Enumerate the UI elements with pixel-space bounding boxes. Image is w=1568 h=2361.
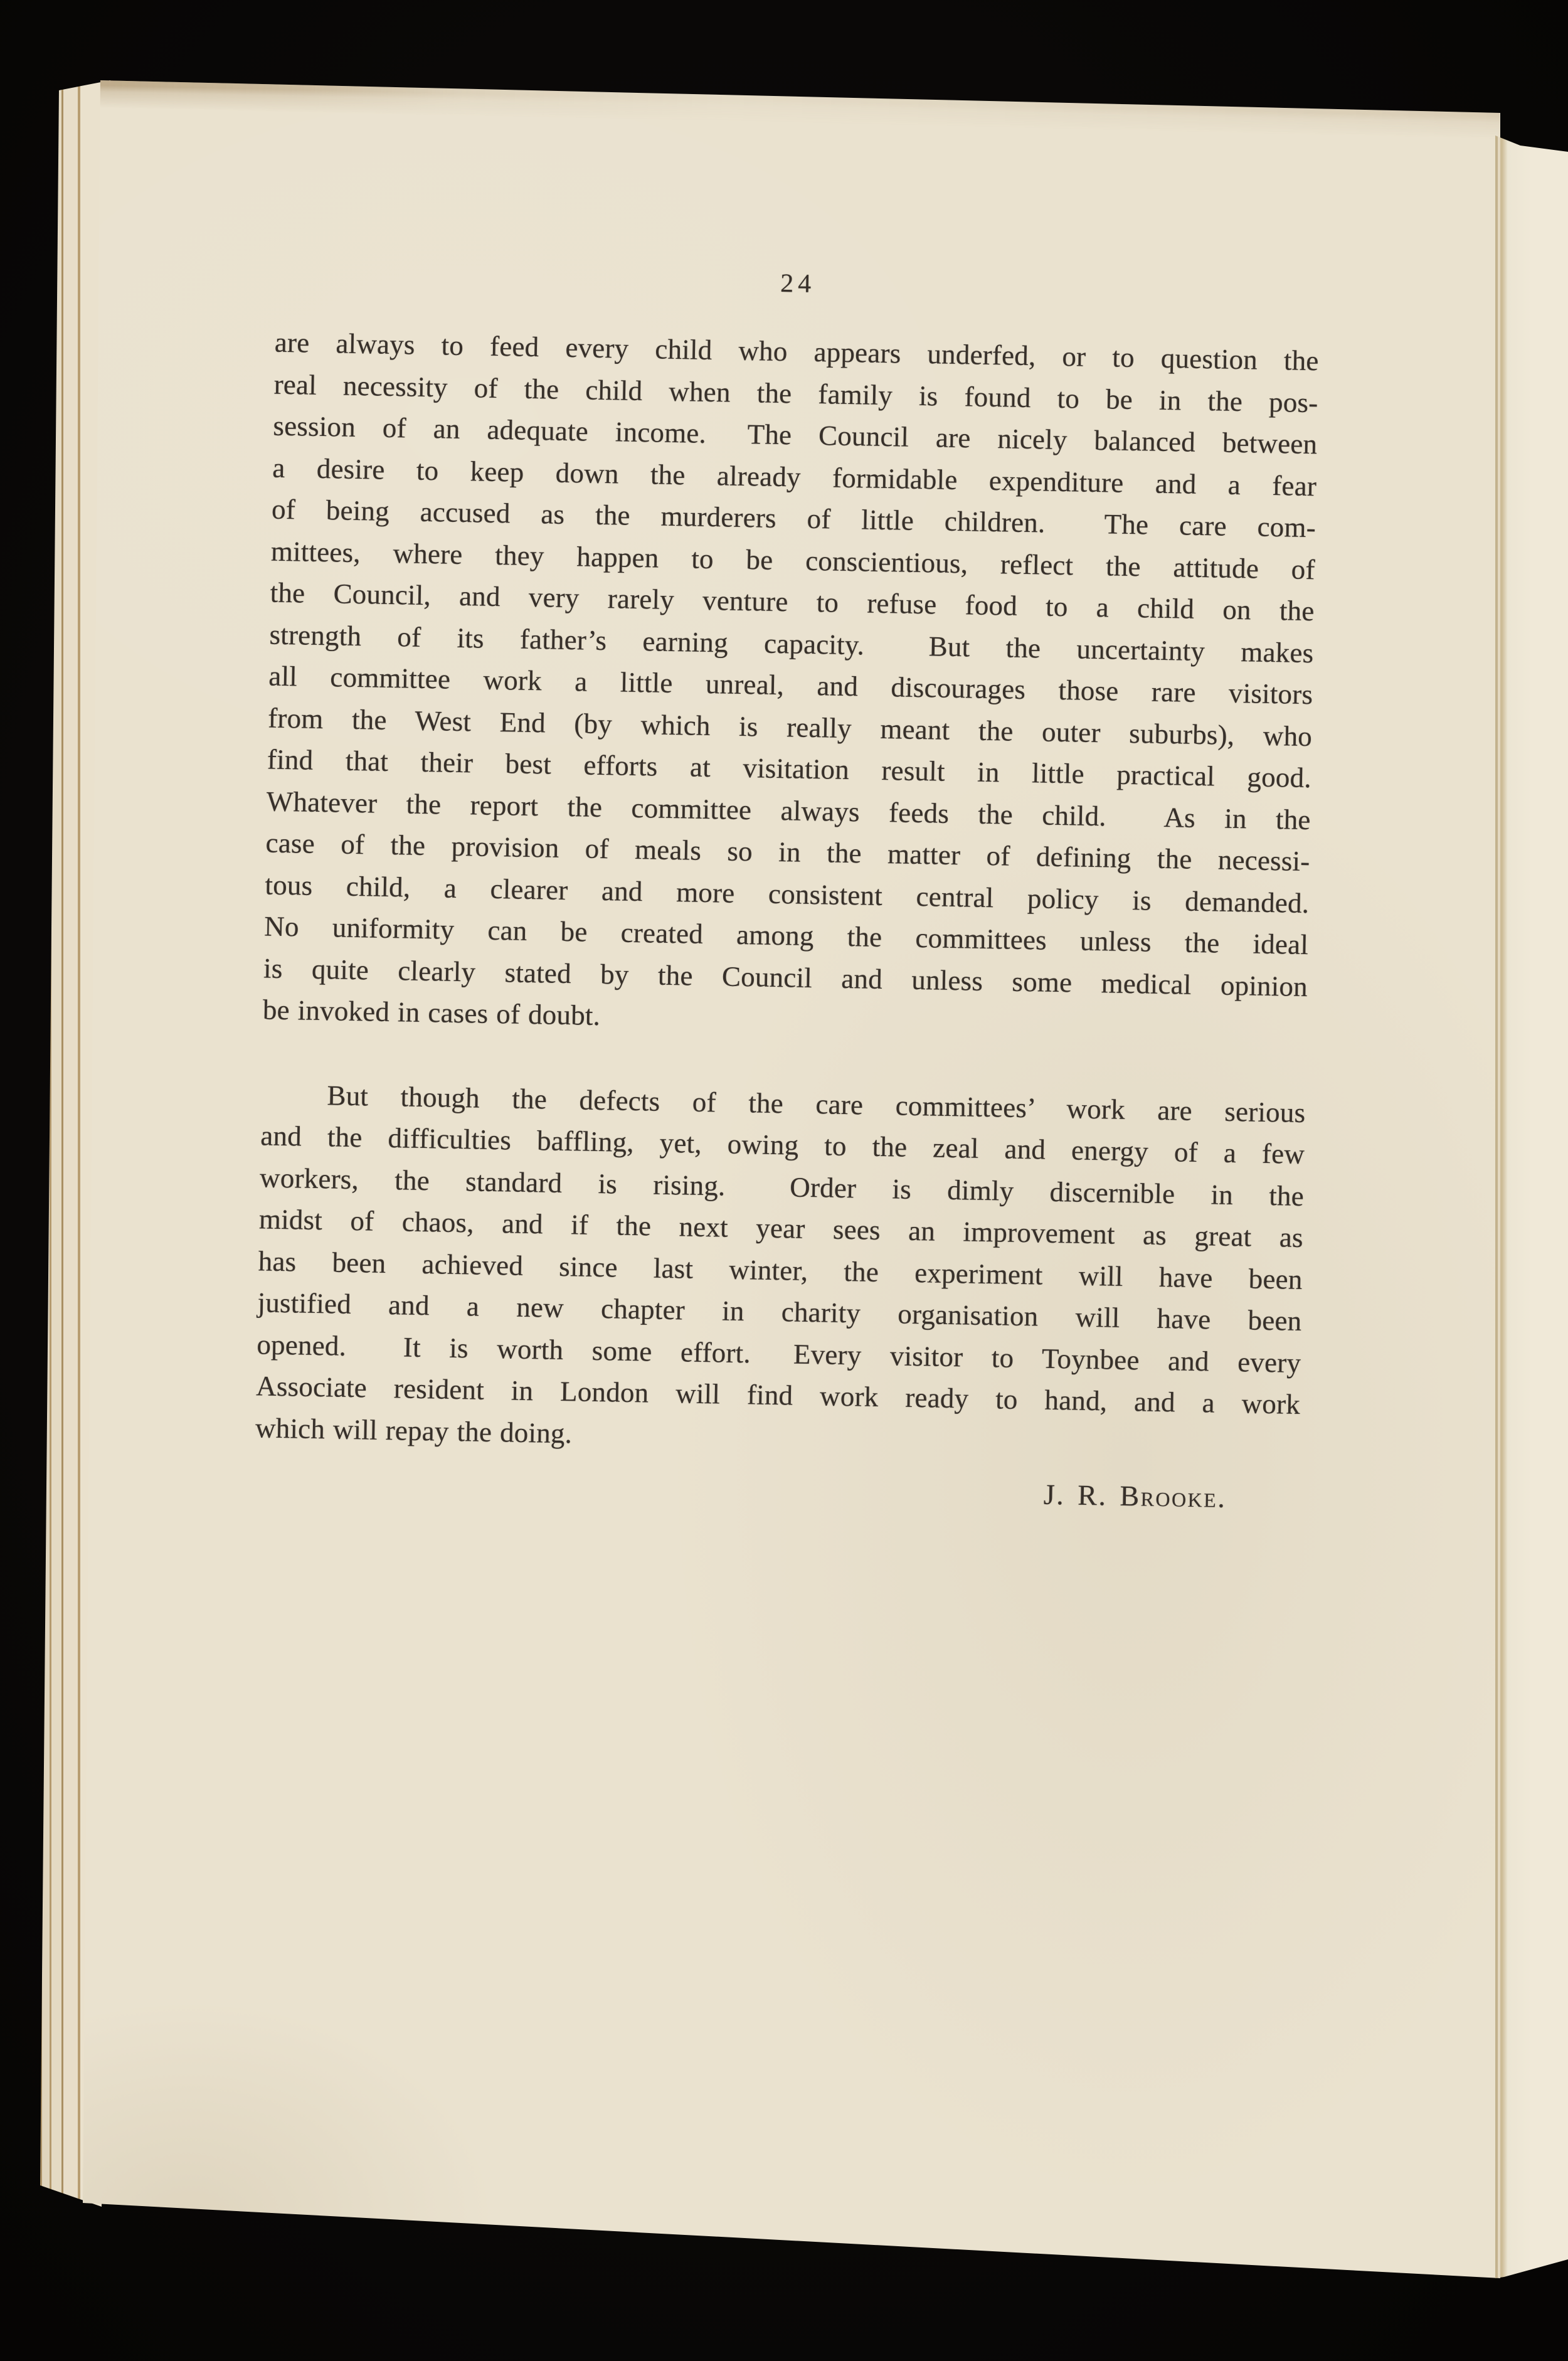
page-content: 24 are always to feed every child who ap… xyxy=(254,256,1320,1521)
next-page-fore-edge xyxy=(1495,94,1568,2278)
paragraph-1: are always to feed every child who appea… xyxy=(262,322,1319,1049)
paragraph-2: But though the defects of the care commi… xyxy=(255,1073,1306,1467)
paper-stain xyxy=(98,79,1500,139)
